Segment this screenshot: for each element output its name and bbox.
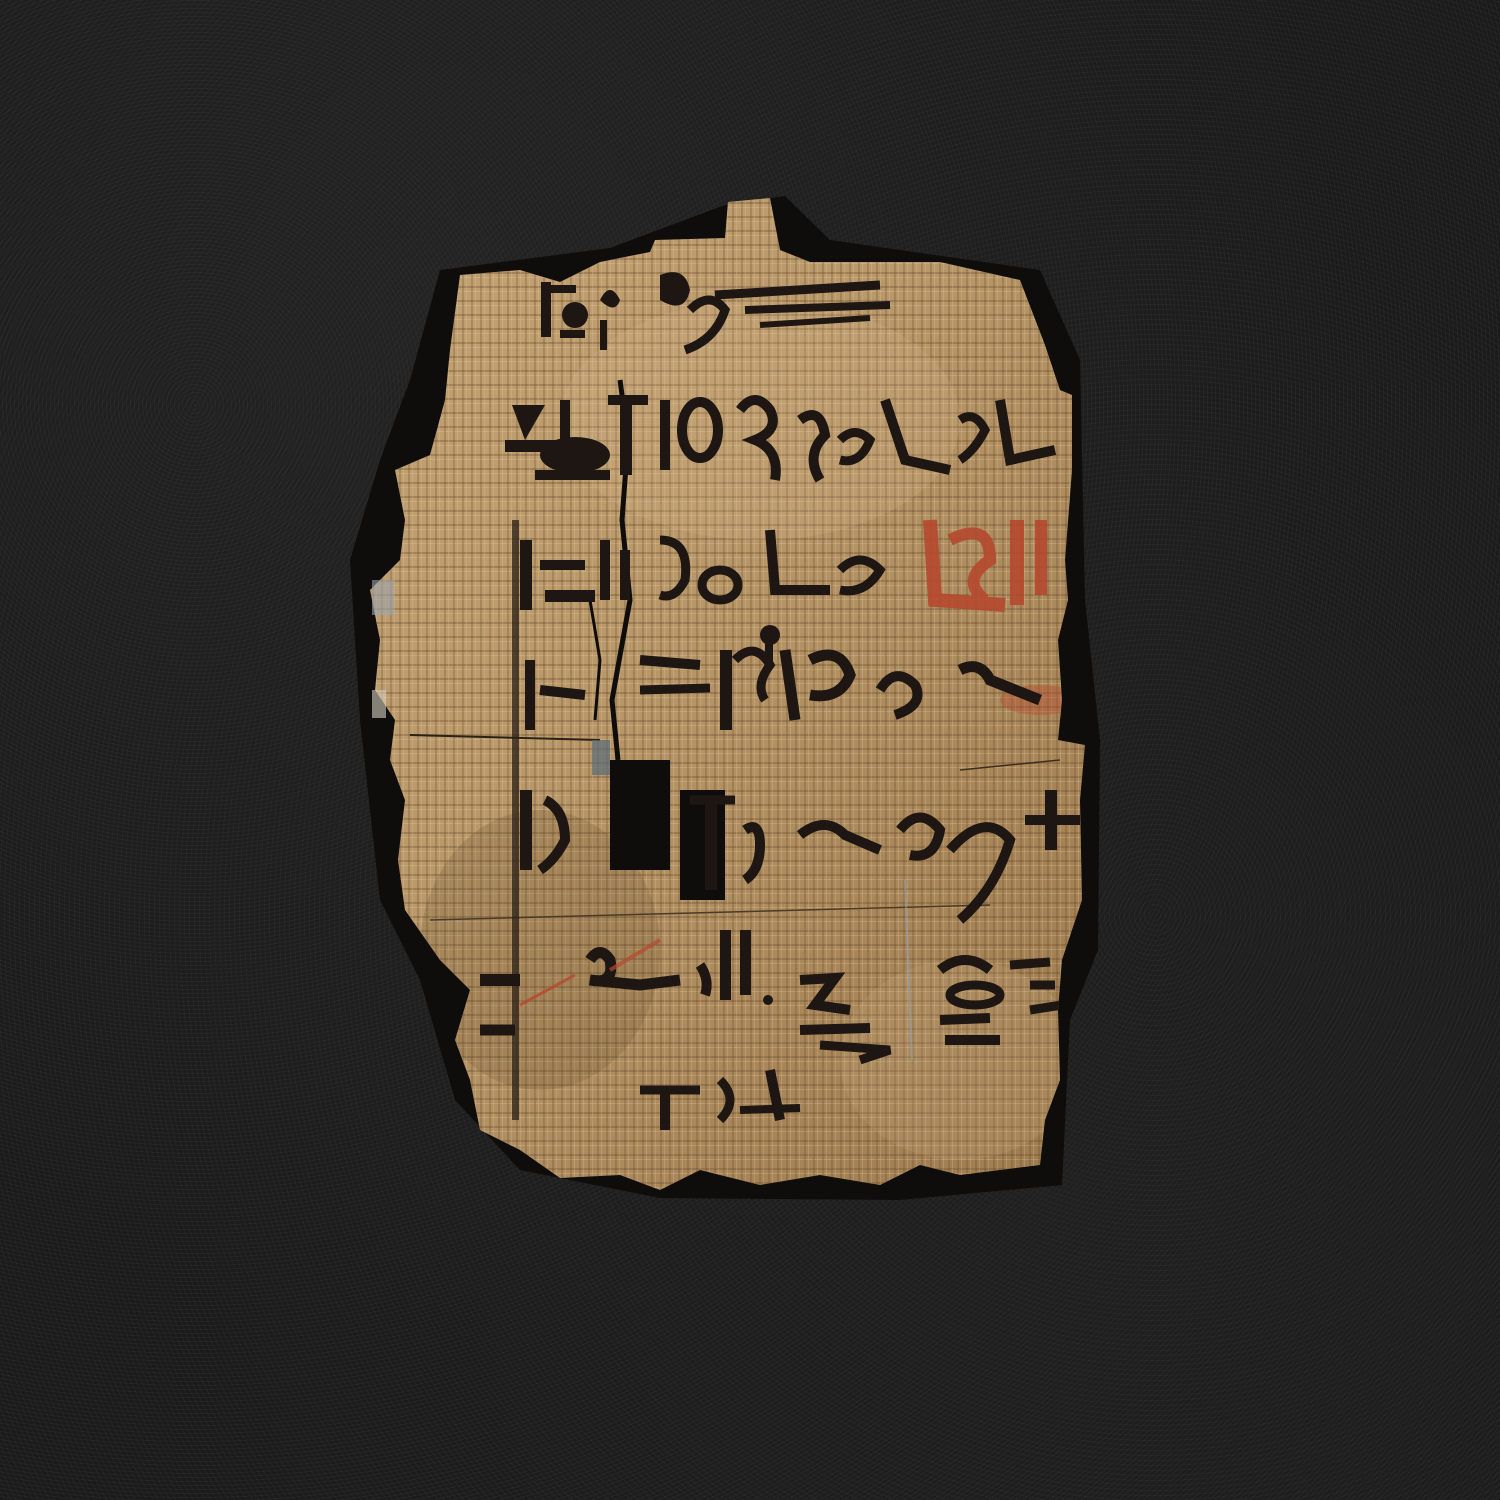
papyrus-fragment xyxy=(0,0,1500,1500)
paper-fleck xyxy=(372,580,394,615)
papyrus-illustration xyxy=(0,0,1500,1500)
photo-scene xyxy=(0,0,1500,1500)
paper-fleck xyxy=(372,690,386,718)
